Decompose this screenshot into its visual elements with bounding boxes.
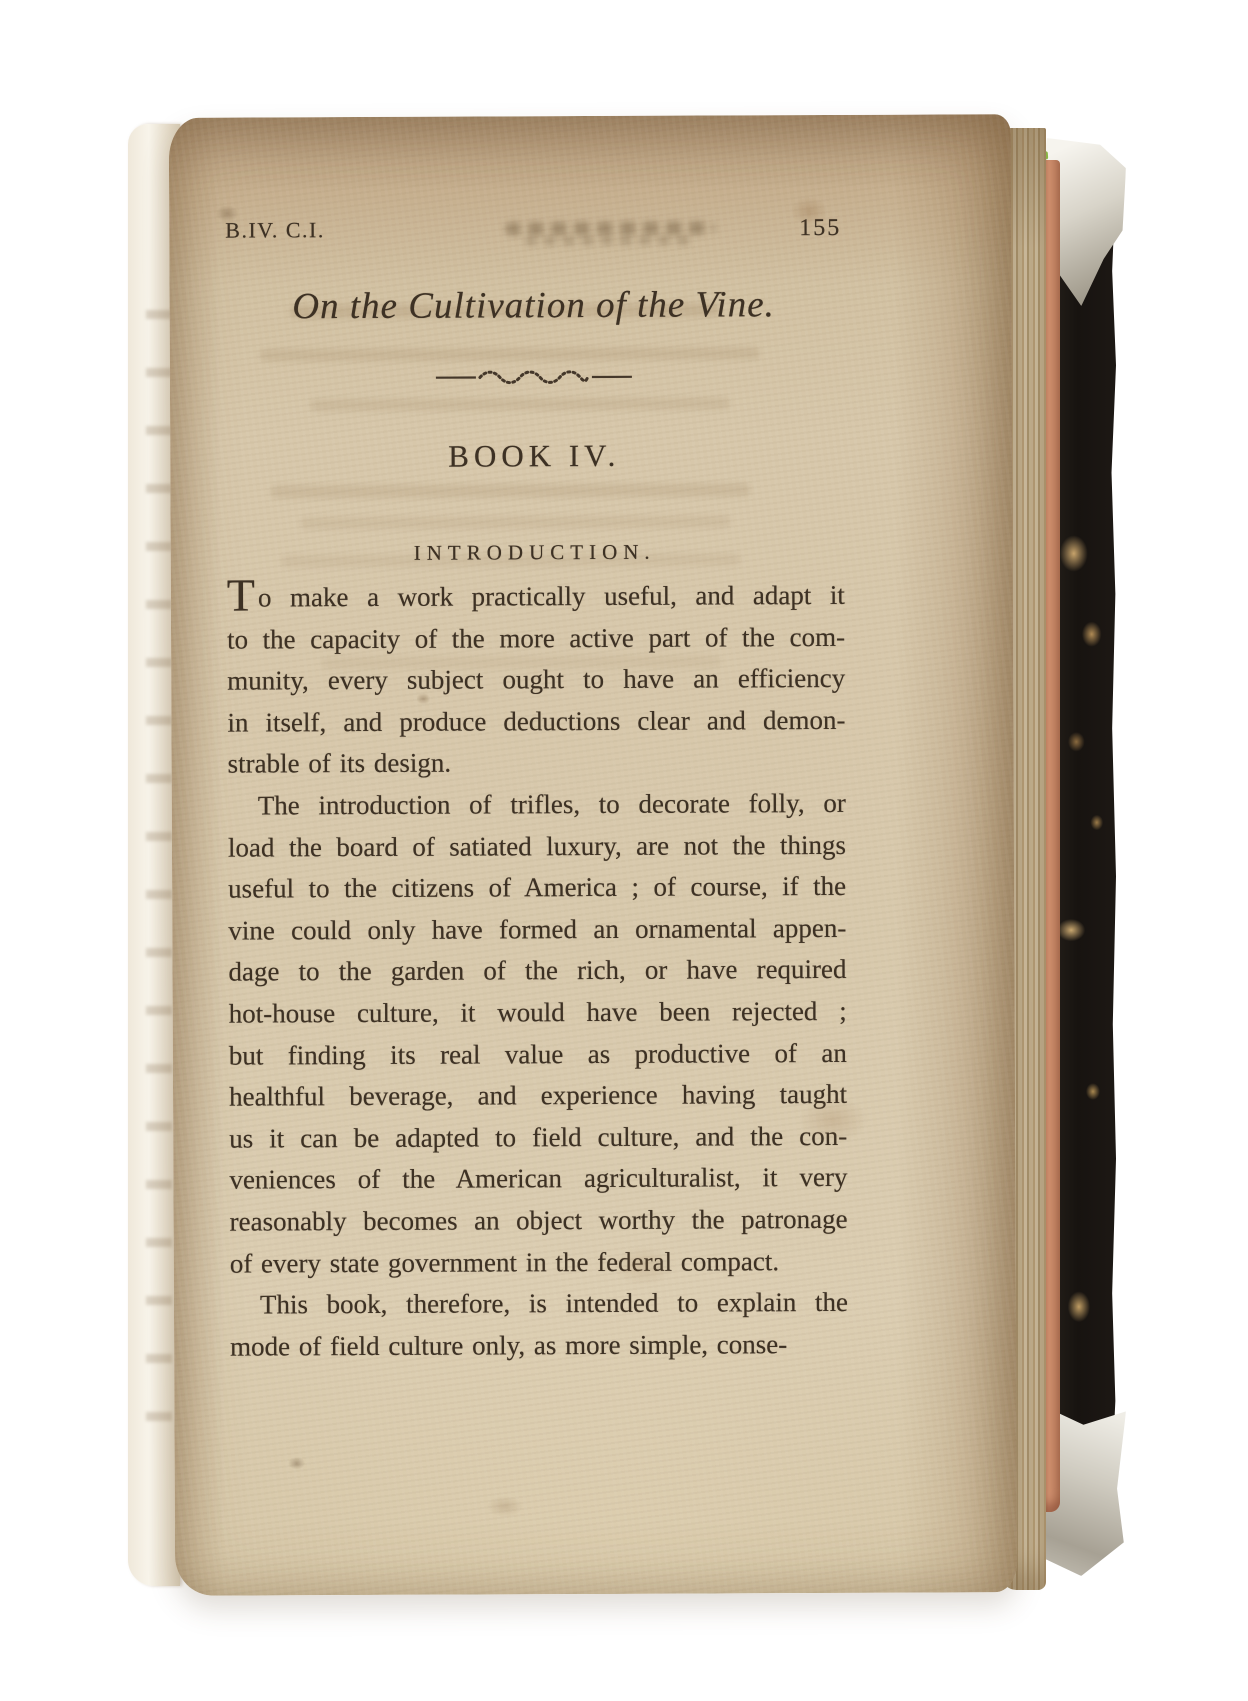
ink-showthrough-band	[260, 347, 760, 361]
text-line: hot-house culture, it would have been re…	[229, 991, 847, 1035]
initial-capital: T	[227, 569, 258, 620]
running-header: B.IV. C.I. 155	[225, 215, 841, 252]
divider-ornament	[226, 367, 842, 391]
page-number: 155	[799, 215, 841, 242]
text-line: in itself, and produce deductions clear …	[227, 700, 845, 744]
text-line: munity, every subject ought to have an e…	[227, 658, 845, 702]
ink-showthrough-band	[270, 483, 750, 498]
text-line: To make a work practically useful, and a…	[227, 575, 845, 619]
offset-ink-smudge	[525, 236, 695, 246]
text-line: mode of field culture only, as more simp…	[230, 1324, 848, 1368]
book-photograph: B.IV. C.I. 155 On the Cultivation of the…	[0, 0, 1248, 1701]
text-line: strable of its design.	[228, 741, 846, 785]
text-line: reasonably becomes an object worthy the …	[230, 1199, 848, 1243]
text-line: The introduction of trifles, to decorate…	[228, 783, 846, 827]
text-line: This book, therefore, is intended to exp…	[230, 1282, 848, 1326]
book-page: B.IV. C.I. 155 On the Cultivation of the…	[169, 114, 1017, 1596]
text-line: but finding its real value as productive…	[229, 1032, 847, 1076]
ink-showthrough-band	[310, 397, 730, 411]
marbled-book-cover	[1052, 150, 1116, 1495]
text-line: load the board of satiated luxury, are n…	[228, 824, 846, 868]
chapter-title: On the Cultivation of the Vine.	[226, 283, 842, 329]
section-heading: INTRODUCTION.	[227, 539, 843, 567]
text-line: to the capacity of the more active part …	[227, 616, 845, 660]
ornament-svg	[434, 368, 634, 385]
body-text: To make a work practically useful, and a…	[227, 575, 848, 1368]
text-line: healthful beverage, and experience havin…	[229, 1074, 847, 1118]
text-line-content: o make a work practically useful, and ad…	[258, 580, 845, 613]
offset-ink-smudge	[505, 221, 715, 235]
book-heading: BOOK IV.	[226, 437, 842, 476]
text-line: useful to the citizens of America ; of c…	[228, 866, 846, 910]
text-line: veniences of the American agriculturalis…	[229, 1157, 847, 1201]
text-line: of every state government in the federal…	[230, 1240, 848, 1284]
underpage-ghost-text-marks	[146, 310, 172, 1460]
text-line: dage to the garden of the rich, or have …	[228, 949, 846, 993]
signature-mark: B.IV. C.I.	[225, 217, 325, 243]
text-line: us it can be adapted to field culture, a…	[229, 1116, 847, 1160]
text-line: vine could only have formed an ornamenta…	[228, 908, 846, 952]
ink-showthrough-band	[301, 515, 731, 529]
